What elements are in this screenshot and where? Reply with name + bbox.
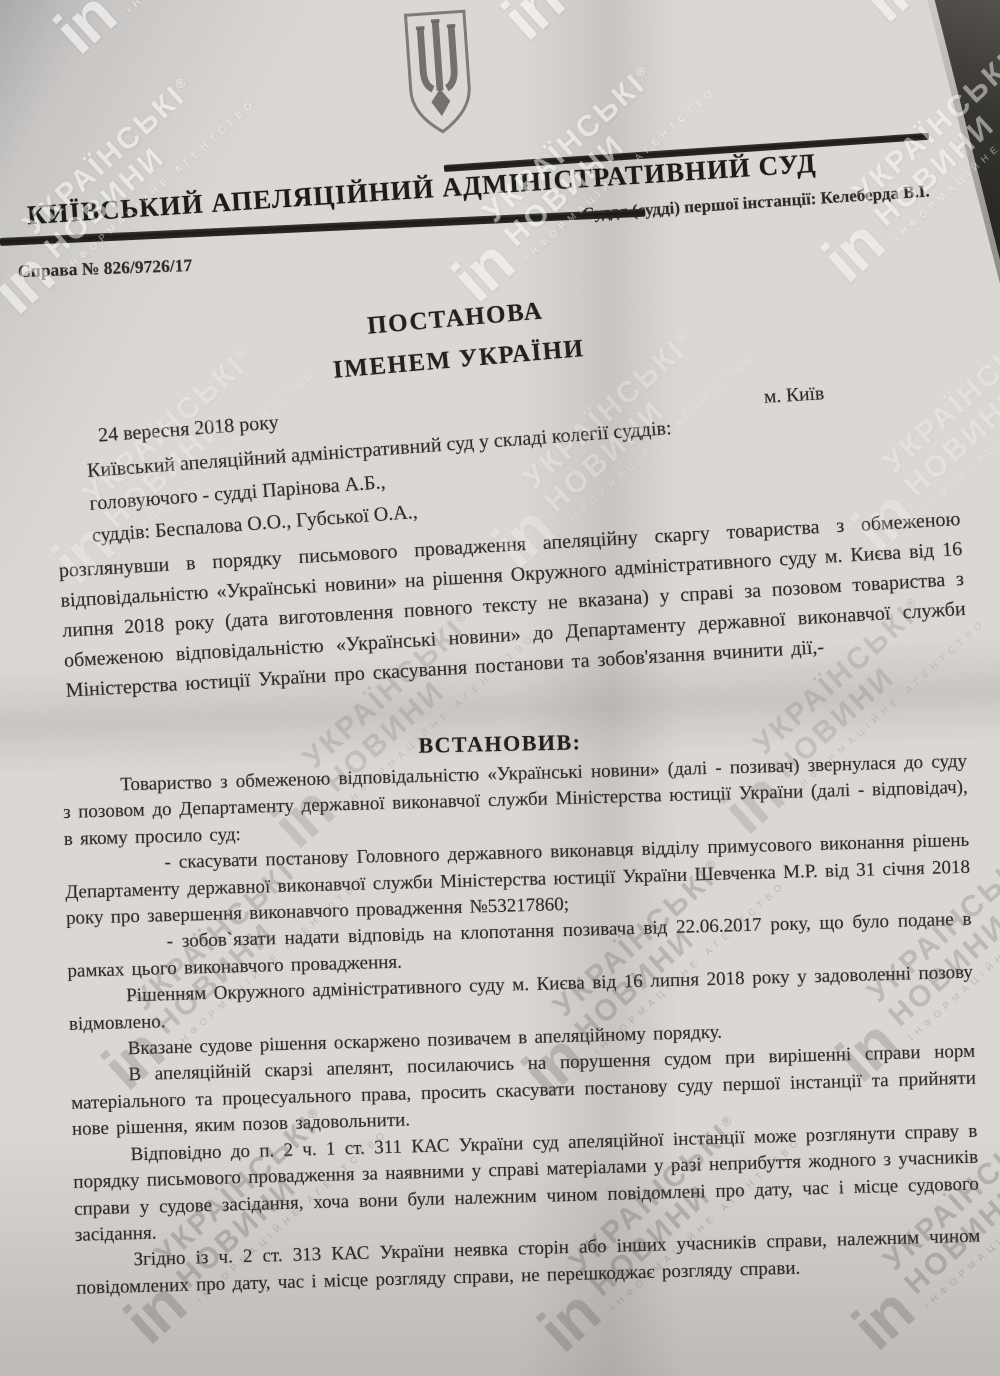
document-body: Товариство з обмеженою відповідальністю …	[62, 749, 981, 1302]
case-number: Справа № 826/9726/17	[18, 255, 193, 282]
document-page: КИЇВСЬКИЙ АПЕЛЯЦІЙНИЙ АДМІНІСТРАТИВНИЙ С…	[0, 0, 1000, 1376]
document-title: ПОСТАНОВА ІМЕНЕМ УКРАЇНИ	[239, 279, 675, 398]
ukraine-trident-emblem-icon	[391, 3, 486, 147]
photographed-court-document: КИЇВСЬКИЙ АПЕЛЯЦІЙНИЙ АДМІНІСТРАТИВНИЙ С…	[0, 0, 1000, 1376]
